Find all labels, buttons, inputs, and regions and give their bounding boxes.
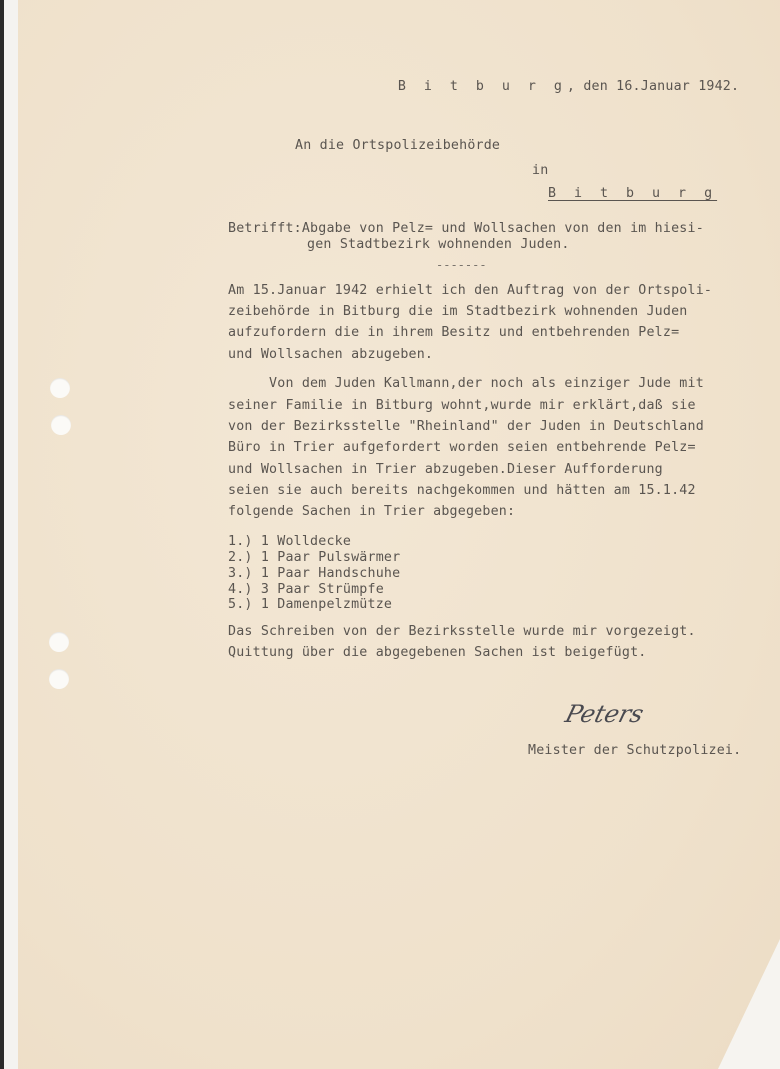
paragraph-1-line-1: Am 15.Januar 1942 erhielt ich den Auftra… xyxy=(228,282,712,299)
paragraph-2-line-1: Von dem Juden Kallmann,der noch als einz… xyxy=(228,375,704,392)
item-1: 1.) 1 Wolldecke xyxy=(228,534,351,549)
punch-hole xyxy=(51,415,71,435)
recipient-line-2: in xyxy=(532,162,548,179)
recipient-line-1: An die Ortspolizeibehörde xyxy=(295,137,500,154)
punch-hole xyxy=(49,669,69,689)
scan-white-margin xyxy=(4,0,18,1069)
paragraph-1-line-3: aufzufordern die in ihrem Besitz und ent… xyxy=(228,324,679,341)
paragraph-2-line-7: folgende Sachen in Trier abgegeben: xyxy=(228,503,515,520)
item-4: 4.) 3 Paar Strümpfe xyxy=(228,582,384,597)
paragraph-1-line-4: und Wollsachen abzugeben. xyxy=(228,346,433,363)
paragraph-2-line-6: seien sie auch bereits nachgekommen und … xyxy=(228,482,696,499)
subject-separator: ------- xyxy=(436,258,487,272)
subject-line-1: Betrifft:Abgabe von Pelz= und Wollsachen… xyxy=(228,220,704,237)
closing-line-2: Quittung über die abgegebenen Sachen ist… xyxy=(228,644,646,661)
paper-folded-corner xyxy=(718,939,780,1069)
paragraph-2-line-3: von der Bezirksstelle "Rheinland" der Ju… xyxy=(228,418,704,435)
handwritten-signature: Peters xyxy=(562,700,646,728)
place-date: B i t b u r g, den 16.Januar 1942. xyxy=(365,61,739,112)
place-name: B i t b u r g xyxy=(398,79,567,94)
date-text: , den 16.Januar 1942. xyxy=(567,79,739,94)
punch-hole xyxy=(50,378,70,398)
paper-sheet: B i t b u r g, den 16.Januar 1942. An di… xyxy=(18,0,780,1069)
punch-hole xyxy=(49,632,69,652)
signer-title: Meister der Schutzpolizei. xyxy=(528,742,741,759)
subject-line-2: gen Stadtbezirk wohnenden Juden. xyxy=(307,236,570,253)
item-2: 2.) 1 Paar Pulswärmer xyxy=(228,550,400,565)
paragraph-2-line-2: seiner Familie in Bitburg wohnt,wurde mi… xyxy=(228,397,696,414)
item-5: 5.) 1 Damenpelzmütze xyxy=(228,597,392,612)
recipient-city: B i t b u r g xyxy=(548,185,717,202)
paragraph-2-line-5: und Wollsachen in Trier abzugeben.Dieser… xyxy=(228,461,663,478)
item-3: 3.) 1 Paar Handschuhe xyxy=(228,566,400,581)
closing-line-1: Das Schreiben von der Bezirksstelle wurd… xyxy=(228,623,696,640)
paragraph-1-line-2: zeibehörde in Bitburg die im Stadtbezirk… xyxy=(228,303,688,320)
paragraph-2-line-4: Büro in Trier aufgefordert worden seien … xyxy=(228,439,696,456)
